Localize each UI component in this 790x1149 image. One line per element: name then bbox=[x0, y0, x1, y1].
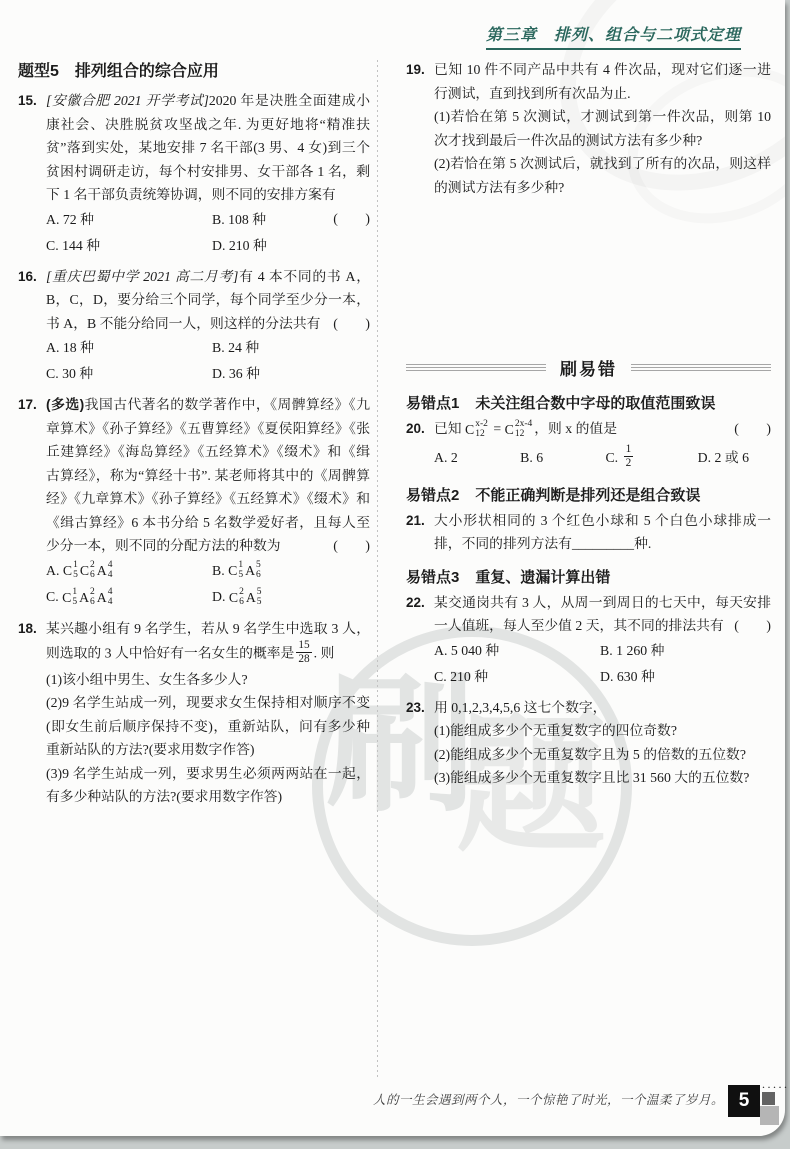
option-c: C. 30 种 bbox=[46, 361, 212, 387]
option-d: D. 210 种 bbox=[212, 233, 370, 259]
math-base: A bbox=[97, 558, 107, 584]
problem-text: 已知 Cx-212 = C2x-412，则 x 的值是( ) bbox=[434, 417, 771, 442]
decorative-line-left bbox=[406, 364, 546, 372]
math-scripts: 44 bbox=[108, 561, 113, 581]
error-point-2: 易错点2 不能正确判断是排列还是组合致误 bbox=[406, 484, 771, 505]
problem-text: 某交通岗共有 3 人，从周一到周日的七天中，每天安排一人值班，每人至少值 2 天… bbox=[434, 591, 771, 638]
math-scripts: 2x-412 bbox=[515, 420, 532, 440]
problem-number: 19. bbox=[406, 58, 434, 199]
problem-text: (多选)我国古代著名的数学著作中，《周髀算经》《九章算术》《孙子算经》《五曹算经… bbox=[46, 393, 370, 558]
problem-17: 17. (多选)我国古代著名的数学著作中，《周髀算经》《九章算术》《孙子算经》《… bbox=[18, 393, 370, 611]
subquestion-1: (1)该小组中男生、女生各多少人? bbox=[46, 668, 370, 692]
error-point-3: 易错点3 重复、遗漏计算出错 bbox=[406, 566, 771, 587]
option-a: A. 18 种 bbox=[46, 335, 212, 361]
math-term: C15 bbox=[63, 558, 78, 584]
problem-statement-tail: . 则 bbox=[314, 645, 335, 660]
subquestion-3: (3)能组成多少个无重复数字且比 31 560 大的五位数? bbox=[434, 766, 771, 790]
option-d: D. 630 种 bbox=[600, 664, 771, 690]
math-sub: 5 bbox=[72, 598, 77, 608]
option-b: B. C15A56 bbox=[212, 558, 370, 585]
answer-bracket: ( ) bbox=[734, 417, 771, 441]
fraction-denominator: 2 bbox=[624, 457, 634, 470]
math-scripts: 56 bbox=[256, 561, 261, 581]
answer-bracket: ( ) bbox=[734, 614, 771, 638]
option-a: A. C15C26A44 bbox=[46, 558, 212, 585]
problem-body: 已知 10 件不同产品中共有 4 件次品，现对它们逐一进行测试，直到找到所有次品… bbox=[434, 58, 771, 199]
problem-text: 大小形状相同的 3 个红色小球和 5 个白色小球排成一排，不同的排列方法有___… bbox=[434, 509, 771, 556]
math-term: C15 bbox=[228, 558, 243, 584]
fill-blank: _________ bbox=[572, 536, 634, 551]
problem-15: 15. [安徽合肥 2021 开学考试]2020 年是决胜全面建成小康社会、决胜… bbox=[18, 89, 370, 259]
math-base: C bbox=[505, 418, 514, 442]
subquestion-2: (2)若恰在第 5 次测试后，就找到了所有的次品，则这样的测试方法有多少种? bbox=[434, 152, 771, 199]
page-number-block: 5 bbox=[728, 1085, 760, 1117]
math-base: C bbox=[63, 558, 72, 584]
brush-section-header: 刷易错 bbox=[406, 355, 771, 380]
math-term: C2x-412 bbox=[505, 418, 533, 442]
math-base: C bbox=[228, 558, 237, 584]
error-point-label: 易错点1 bbox=[406, 392, 459, 413]
options-row: C. C15A26A44 D. C26A55 bbox=[46, 584, 370, 611]
option-label: C. bbox=[46, 589, 59, 604]
fraction-denominator: 28 bbox=[296, 653, 311, 666]
fraction-numerator: 15 bbox=[296, 639, 311, 653]
problem-body: 用 0,1,2,3,4,5,6 这七个数字， (1)能组成多少个无重复数字的四位… bbox=[434, 696, 771, 790]
math-base: A bbox=[97, 585, 107, 611]
problem-body: (多选)我国古代著名的数学著作中，《周髀算经》《九章算术》《孙子算经》《五曹算经… bbox=[46, 393, 370, 611]
option-b: B. 1 260 种 bbox=[600, 638, 771, 664]
math-sub: 6 bbox=[256, 571, 261, 581]
problem-number: 21. bbox=[406, 509, 434, 556]
math-term: Cx-212 bbox=[465, 418, 488, 442]
problem-statement: 我国古代著名的数学著作中，《周髀算经》《九章算术》《孙子算经》《五曹算经》《夏侯… bbox=[46, 397, 370, 553]
option-b: B. 24 种 bbox=[212, 335, 370, 361]
problem-statement-tail: 种. bbox=[634, 536, 651, 551]
option-a: A. 5 040 种 bbox=[434, 638, 600, 664]
option-c: C. 144 种 bbox=[46, 233, 212, 259]
error-point-title: 重复、遗漏计算出错 bbox=[475, 566, 610, 587]
answer-bracket: ( ) bbox=[333, 207, 370, 231]
option-c: C. 210 种 bbox=[434, 664, 600, 690]
footer-quote: 人的一生会遇到两个人，一个惊艳了时光，一个温柔了岁月。 bbox=[373, 1090, 724, 1108]
math-sub: 6 bbox=[90, 598, 95, 608]
problem-number: 23. bbox=[406, 696, 434, 790]
problem-number: 15. bbox=[18, 89, 46, 259]
option-d: D. 36 种 bbox=[212, 361, 370, 387]
problem-text: [重庆巴蜀中学 2021 高二月考]有 4 本不同的书 A，B，C，D，要分给三… bbox=[46, 265, 370, 336]
math-term: A55 bbox=[246, 585, 262, 611]
math-scripts: 26 bbox=[90, 588, 95, 608]
scanned-page: 第三章 排列、组合与二项式定理 刷 题 题型5 排列组合的综合应用 15. [安… bbox=[0, 0, 785, 1136]
problem-text: [安徽合肥 2021 开学考试]2020 年是决胜全面建成小康社会、决胜脱贫攻坚… bbox=[46, 89, 370, 207]
math-sub: 4 bbox=[108, 598, 113, 608]
formula-prefix: 已知 bbox=[434, 421, 465, 436]
math-scripts: 15 bbox=[72, 588, 77, 608]
corner-square-light bbox=[760, 1106, 779, 1125]
math-term: A26 bbox=[79, 585, 95, 611]
math-term: C26 bbox=[80, 558, 95, 584]
options-row: C. 144 种 D. 210 种 bbox=[46, 233, 370, 259]
problem-body: [安徽合肥 2021 开学考试]2020 年是决胜全面建成小康社会、决胜脱贫攻坚… bbox=[46, 89, 370, 259]
section-heading: 题型5 排列组合的综合应用 bbox=[18, 58, 370, 81]
options-row: A. 5 040 种 B. 1 260 种 bbox=[434, 638, 771, 664]
error-point-label: 易错点2 bbox=[406, 484, 459, 505]
fraction: 12 bbox=[624, 443, 634, 470]
option-d: D. C26A55 bbox=[212, 584, 370, 611]
problem-statement: 用 0,1,2,3,4,5,6 这七个数字， bbox=[434, 696, 771, 720]
problem-body: 已知 Cx-212 = C2x-412，则 x 的值是( ) A. 2 B. 6… bbox=[434, 417, 771, 474]
problem-source: [安徽合肥 2021 开学考试] bbox=[46, 93, 209, 108]
answer-bracket: ( ) bbox=[333, 534, 370, 558]
option-label: A. bbox=[46, 563, 59, 578]
multi-select-tag: (多选) bbox=[46, 397, 84, 412]
math-term: A44 bbox=[97, 585, 113, 611]
problem-number: 18. bbox=[18, 617, 46, 809]
math-scripts: 15 bbox=[73, 561, 78, 581]
subquestion-2: (2)9 名学生站成一列，现要求女生保持相对顺序不变(即女生前后顺序保持不变)，… bbox=[46, 691, 370, 762]
math-scripts: 55 bbox=[257, 588, 262, 608]
problem-21: 21. 大小形状相同的 3 个红色小球和 5 个白色小球排成一排，不同的排列方法… bbox=[406, 509, 771, 556]
problem-16: 16. [重庆巴蜀中学 2021 高二月考]有 4 本不同的书 A，B，C，D，… bbox=[18, 265, 370, 388]
page-number: 5 bbox=[739, 1090, 750, 1112]
problem-text: 某兴趣小组有 9 名学生，若从 9 名学生中选取 3 人，则选取的 3 人中恰好… bbox=[46, 617, 370, 668]
option-b: B. 6 bbox=[520, 442, 543, 474]
math-sub: 5 bbox=[257, 598, 262, 608]
math-scripts: 15 bbox=[238, 561, 243, 581]
subquestion-2: (2)能组成多少个无重复数字且为 5 的倍数的五位数? bbox=[434, 743, 771, 767]
option-c: C. 12 bbox=[605, 442, 635, 474]
math-scripts: 26 bbox=[239, 588, 244, 608]
problem-statement: 某交通岗共有 3 人，从周一到周日的七天中，每天安排一人值班，每人至少值 2 天… bbox=[434, 595, 771, 634]
option-a: A. 72 种 bbox=[46, 207, 212, 233]
answer-bracket: ( ) bbox=[333, 312, 370, 336]
problem-22: 22. 某交通岗共有 3 人，从周一到周日的七天中，每天安排一人值班，每人至少值… bbox=[406, 591, 771, 690]
decorative-line-right bbox=[631, 364, 771, 372]
math-base: A bbox=[79, 585, 89, 611]
math-scripts: 26 bbox=[90, 561, 95, 581]
math-sub: 6 bbox=[239, 598, 244, 608]
problem-body: 某兴趣小组有 9 名学生，若从 9 名学生中选取 3 人，则选取的 3 人中恰好… bbox=[46, 617, 370, 809]
math-term: C26 bbox=[229, 585, 244, 611]
left-column: 题型5 排列组合的综合应用 15. [安徽合肥 2021 开学考试]2020 年… bbox=[18, 58, 370, 815]
math-sub: 12 bbox=[475, 430, 488, 440]
fraction: 1528 bbox=[296, 639, 311, 666]
math-base: C bbox=[80, 558, 89, 584]
problem-23: 23. 用 0,1,2,3,4,5,6 这七个数字， (1)能组成多少个无重复数… bbox=[406, 696, 771, 790]
options-row: C. 210 种 D. 630 种 bbox=[434, 664, 771, 690]
subquestion-1: (1)若恰在第 5 次测试，才测试到第一件次品，则第 10 次才找到最后一件次品… bbox=[434, 105, 771, 152]
error-point-title: 不能正确判断是排列还是组合致误 bbox=[475, 484, 700, 505]
math-base: C bbox=[62, 585, 71, 611]
subquestion-3: (3)9 名学生站成一列，要求男生必须两两站在一起，有多少种站队的方法?(要求用… bbox=[46, 762, 370, 809]
math-base: A bbox=[246, 585, 256, 611]
problem-body: [重庆巴蜀中学 2021 高二月考]有 4 本不同的书 A，B，C，D，要分给三… bbox=[46, 265, 370, 388]
options-row: A. 72 种 B. 108 种 bbox=[46, 207, 333, 233]
option-c: C. C15A26A44 bbox=[46, 584, 212, 611]
options-row: C. 30 种 D. 36 种 bbox=[46, 361, 370, 387]
problem-number: 22. bbox=[406, 591, 434, 690]
math-term: A56 bbox=[245, 558, 261, 584]
formula-suffix: ，则 x 的值是 bbox=[534, 421, 617, 436]
math-term: C15 bbox=[62, 585, 77, 611]
options-row: A. C15C26A44 B. C15A56 bbox=[46, 558, 370, 585]
math-sub: 5 bbox=[73, 571, 78, 581]
problem-number: 17. bbox=[18, 393, 46, 611]
fraction-numerator: 1 bbox=[624, 443, 634, 457]
math-scripts: 44 bbox=[108, 588, 113, 608]
math-base: C bbox=[465, 418, 474, 442]
equals-sign: = bbox=[490, 421, 505, 436]
option-label: C. bbox=[605, 450, 618, 465]
problem-number: 20. bbox=[406, 417, 434, 474]
problem-18: 18. 某兴趣小组有 9 名学生，若从 9 名学生中选取 3 人，则选取的 3 … bbox=[18, 617, 370, 809]
error-point-label: 易错点3 bbox=[406, 566, 459, 587]
option-b: B. 108 种 bbox=[212, 207, 333, 233]
subquestion-1: (1)能组成多少个无重复数字的四位奇数? bbox=[434, 719, 771, 743]
math-base: C bbox=[229, 585, 238, 611]
problem-statement: 已知 10 件不同产品中共有 4 件次品，现对它们逐一进行测试，直到找到所有次品… bbox=[434, 58, 771, 105]
math-sub: 6 bbox=[90, 571, 95, 581]
problem-body: 大小形状相同的 3 个红色小球和 5 个白色小球排成一排，不同的排列方法有___… bbox=[434, 509, 771, 556]
math-sub: 12 bbox=[515, 430, 532, 440]
problem-19: 19. 已知 10 件不同产品中共有 4 件次品，现对它们逐一进行测试，直到找到… bbox=[406, 58, 771, 199]
option-d: D. 2 或 6 bbox=[698, 442, 749, 474]
option-a: A. 2 bbox=[434, 442, 458, 474]
problem-source: [重庆巴蜀中学 2021 高二月考] bbox=[46, 269, 238, 284]
problem-body: 某交通岗共有 3 人，从周一到周日的七天中，每天安排一人值班，每人至少值 2 天… bbox=[434, 591, 771, 690]
problem-20: 20. 已知 Cx-212 = C2x-412，则 x 的值是( ) A. 2 … bbox=[406, 417, 771, 474]
right-column: 19. 已知 10 件不同产品中共有 4 件次品，现对它们逐一进行测试，直到找到… bbox=[406, 58, 771, 815]
option-label: D. bbox=[212, 589, 225, 604]
problem-number: 16. bbox=[18, 265, 46, 388]
options-row: A. 18 种 B. 24 种 bbox=[46, 335, 370, 361]
math-term: A44 bbox=[97, 558, 113, 584]
option-label: B. bbox=[212, 563, 225, 578]
options-row: A. 2 B. 6 C. 12 D. 2 或 6 bbox=[434, 442, 771, 474]
problem-statement: 2020 年是决胜全面建成小康社会、决胜脱贫攻坚战之年. 为更好地将“精准扶贫”… bbox=[46, 93, 370, 202]
chapter-header: 第三章 排列、组合与二项式定理 bbox=[486, 22, 741, 50]
math-sub: 4 bbox=[108, 571, 113, 581]
error-point-1: 易错点1 未关注组合数中字母的取值范围致误 bbox=[406, 392, 771, 413]
error-point-title: 未关注组合数中字母的取值范围致误 bbox=[475, 392, 715, 413]
math-scripts: x-212 bbox=[475, 420, 488, 440]
math-sub: 5 bbox=[238, 571, 243, 581]
section-title: 刷易错 bbox=[560, 355, 617, 380]
math-base: A bbox=[245, 558, 255, 584]
corner-square-dark bbox=[762, 1092, 775, 1105]
